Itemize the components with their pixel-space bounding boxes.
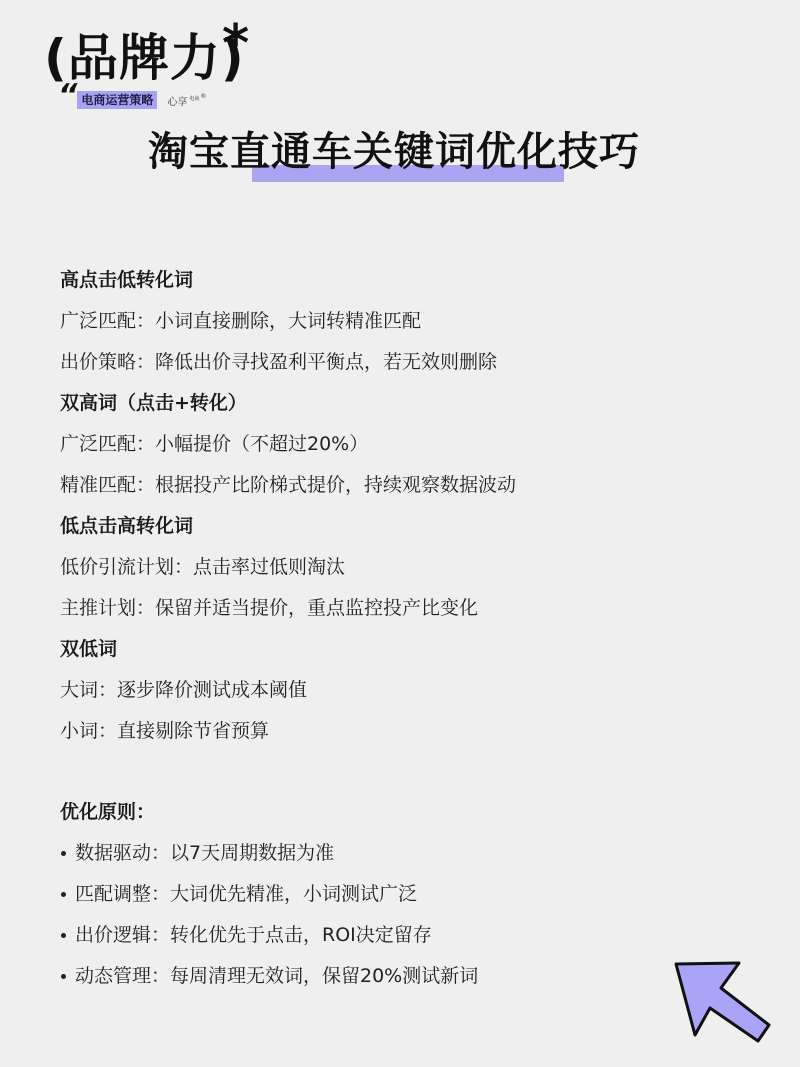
section-line: 出价策略：降低出价寻找盈利平衡点，若无效则删除 (60, 342, 760, 383)
page-title: 淘宝直通车关键词优化技巧 (148, 124, 640, 180)
section-line: 精准匹配：根据投产比阶梯式提价，持续观察数据波动 (60, 465, 760, 506)
section-line: 主推计划：保留并适当提价，重点监控投产比变化 (60, 588, 760, 629)
section-double-low: 双低词 大词：逐步降价测试成本阈值 小词：直接剔除节省预算 (60, 629, 760, 752)
section-heading: 低点击高转化词 (60, 506, 760, 547)
section-double-high: 双高词（点击+转化） 广泛匹配：小幅提价（不超过20%） 精准匹配：根据投产比阶… (60, 383, 760, 506)
quote-icon: “ (58, 86, 77, 106)
section-high-click-low-conversion: 高点击低转化词 广泛匹配：小词直接删除，大词转精准匹配 出价策略：降低出价寻找盈… (60, 260, 760, 383)
bullet-icon (61, 851, 66, 856)
principle-item: 匹配调整：大词优先精准，小词测试广泛 (60, 874, 760, 915)
main-title-block: 淘宝直通车关键词优化技巧 (148, 124, 640, 180)
section-low-click-high-conversion: 低点击高转化词 低价引流计划：点击率过低则淘汰 主推计划：保留并适当提价，重点监… (60, 506, 760, 629)
bullet-icon (61, 933, 66, 938)
bullet-icon (61, 974, 66, 979)
section-heading: 双高词（点击+转化） (60, 383, 760, 424)
registered-icon: ® (200, 93, 206, 100)
section-heading: 高点击低转化词 (60, 260, 760, 301)
section-line: 大词：逐步降价测试成本阈值 (60, 670, 760, 711)
section-line: 广泛匹配：小幅提价（不超过20%） (60, 424, 760, 465)
brand-logo-mini: 电商 (189, 95, 199, 102)
arrow-up-left-icon (670, 955, 780, 1055)
brand-header: (品牌力) * “ 电商运营策略 心享 电商 ® (44, 28, 245, 88)
principle-text: 匹配调整：大词优先精准，小词测试广泛 (75, 874, 417, 915)
asterisk-icon: * (222, 14, 249, 74)
section-line: 小词：直接剔除节省预算 (60, 711, 760, 752)
brand-logo: 心享 电商 ® (167, 93, 206, 108)
section-line: 低价引流计划：点击率过低则淘汰 (60, 547, 760, 588)
principle-text: 数据驱动：以7天周期数据为准 (75, 833, 334, 874)
principle-text: 出价逻辑：转化优先于点击，ROI决定留存 (75, 915, 432, 956)
section-heading: 优化原则： (60, 792, 760, 833)
brand-subtitle-row: “ 电商运营策略 心享 电商 ® (58, 90, 206, 110)
principle-item: 数据驱动：以7天周期数据为准 (60, 833, 760, 874)
spacer (60, 752, 760, 792)
section-heading: 双低词 (60, 629, 760, 670)
section-principles: 优化原则： 数据驱动：以7天周期数据为准 匹配调整：大词优先精准，小词测试广泛 … (60, 792, 760, 997)
brand-subtitle-tag: 电商运营策略 (77, 91, 157, 109)
principle-item: 动态管理：每周清理无效词，保留20%测试新词 (60, 956, 760, 997)
principle-text: 动态管理：每周清理无效词，保留20%测试新词 (75, 956, 478, 997)
content-body: 高点击低转化词 广泛匹配：小词直接删除，大词转精准匹配 出价策略：降低出价寻找盈… (60, 260, 760, 997)
page: (品牌力) * “ 电商运营策略 心享 电商 ® 淘宝直通车关键词优化技巧 高点… (0, 0, 800, 1067)
principle-item: 出价逻辑：转化优先于点击，ROI决定留存 (60, 915, 760, 956)
section-line: 广泛匹配：小词直接删除，大词转精准匹配 (60, 301, 760, 342)
bullet-icon (61, 892, 66, 897)
brand-logo-text: 心享 (167, 93, 187, 108)
